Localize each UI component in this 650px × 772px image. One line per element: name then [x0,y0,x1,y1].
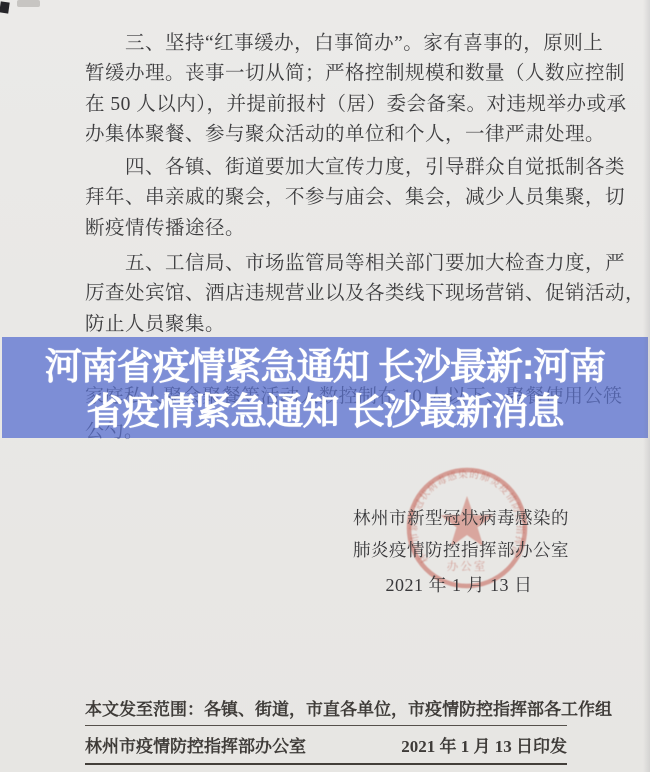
footer-scope: 本文发至范围：各镇、街道，市直各单位，市疫情防控指挥部各工作组 [85,698,567,722]
body-line: 拜年、串亲戚的聚会，不参与庙会、集会，减少人员集聚，切 [85,185,572,211]
body-line: 三、坚持“红事缓办，白事简办”。家有喜事的，原则上 [85,31,572,57]
banner-title-line1: 河南省疫情紧急通知 长沙最新:河南 [45,344,606,389]
banner-title: 河南省疫情紧急通知 长沙最新:河南 省疫情紧急通知 长沙最新消息 [2,337,648,438]
footer-print-date: 2021 年 1 月 13 日印发 [401,732,567,757]
body-line: 厉查处宾馆、酒店违规营业以及各类线下现场营销、促销活动， [85,281,572,307]
footer-divider-thin [85,725,567,726]
photo-artifact-dark [0,1,10,13]
body-line: 防止人员聚集。 [85,312,572,338]
footer-block: 本文发至范围：各镇、街道，市直各单位，市疫情防控指挥部各工作组 林州市疫情防控指… [85,698,567,765]
body-line: 断疫情传播途径。 [85,216,572,242]
footer-issuer: 林州市疫情防控指挥部办公室 [85,732,306,757]
body-line: 暂缓办理。丧事一切从简；严格控制规模和数量（人数应控制 [85,61,572,87]
banner-title-line2: 省疫情紧急通知 长沙最新消息 [86,389,563,434]
footer-divider-thick [85,763,567,765]
overlay-banner: 家庭私人聚会聚餐等活动人数控制在 10 人以下、聚餐使用公筷 公勺。 河南省疫情… [2,337,648,438]
signature-line1: 林州市新型冠状病毒感染的 [353,505,565,530]
document-page: 三、坚持“红事缓办，白事简办”。家有喜事的，原则上 暂缓办理。丧事一切从简；严格… [0,0,650,772]
signature-date: 2021 年 1 月 13 日 [353,571,565,597]
body-line: 办集体聚餐、参与聚众活动的单位和个人，一律严肃处理。 [85,122,572,148]
body-line: 四、各镇、街道要加大宣传力度，引导群众自觉抵制各类 [85,155,572,181]
photo-artifact-gray [17,0,40,7]
body-line: 五、工信局、市场监管局等相关部门要加大检查力度，严 [85,251,572,277]
signature-line2: 肺炎疫情防控指挥部办公室 [353,537,565,562]
body-line: 在 50 人以内），并提前报村（居）委会备案。对违规举办或承 [85,92,572,118]
